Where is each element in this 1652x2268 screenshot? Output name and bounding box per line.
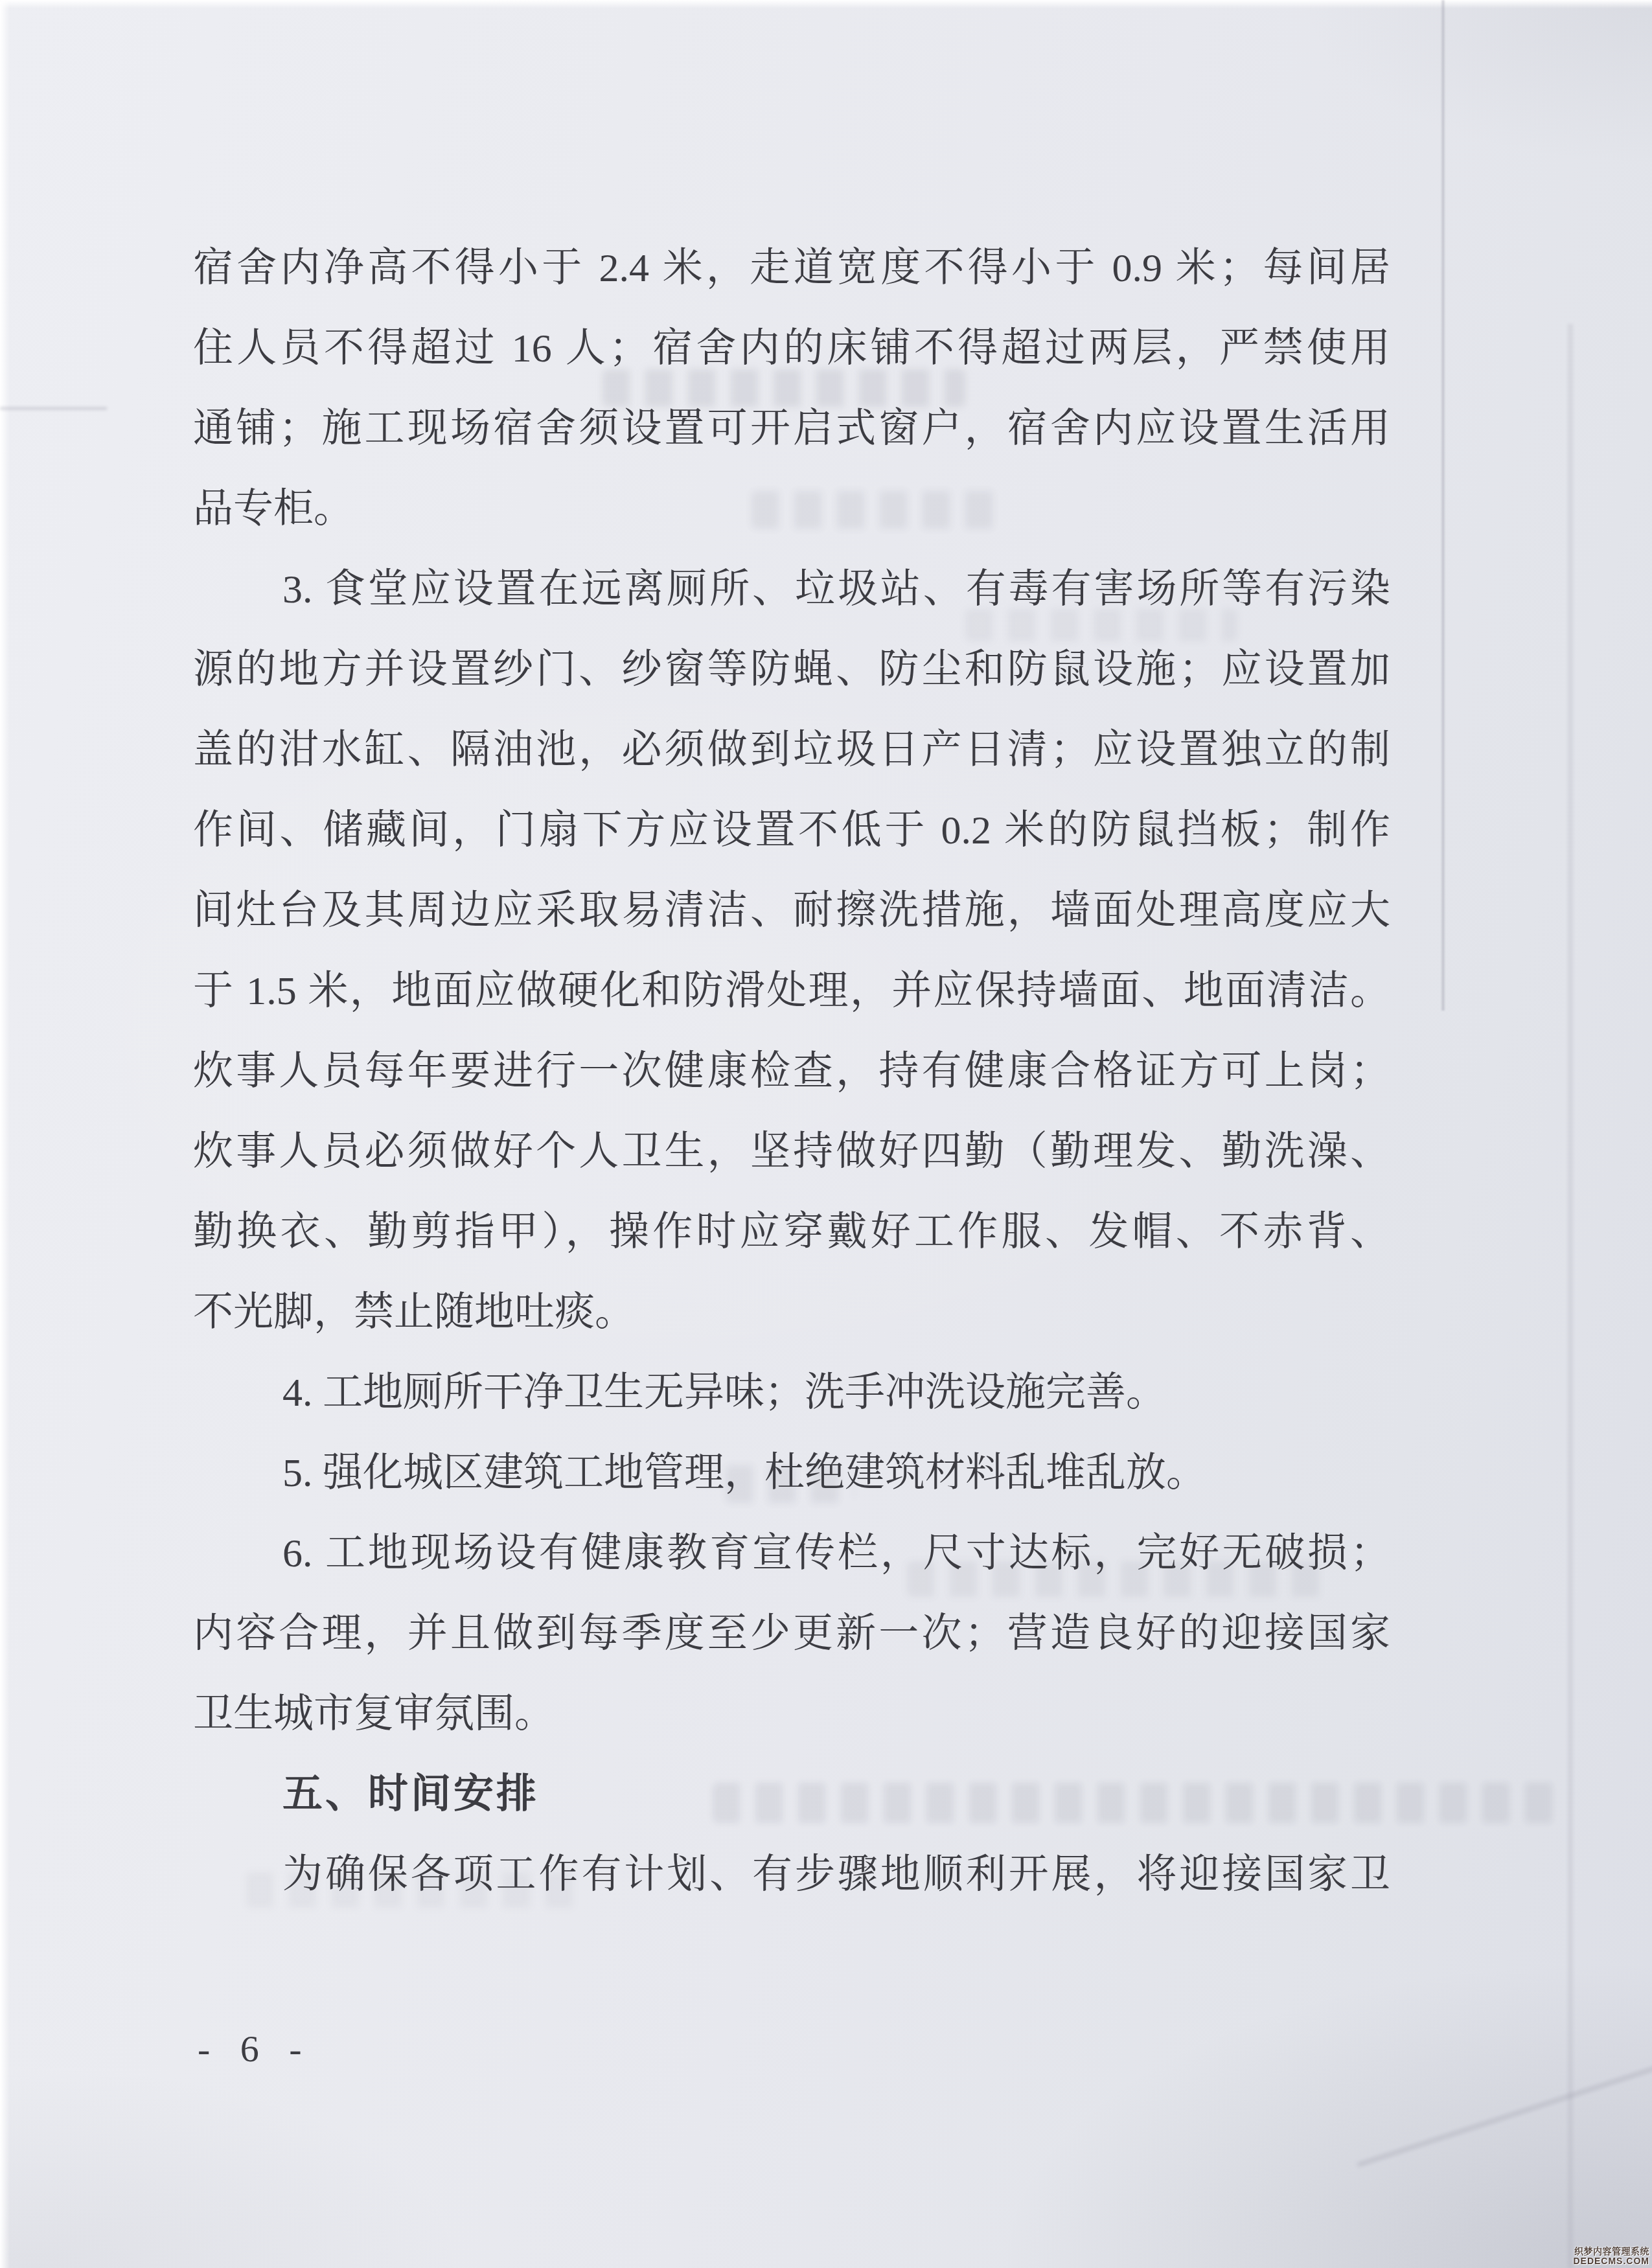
text-line: 4. 工地厕所干净卫生无异味；洗手冲洗设施完善。 xyxy=(193,1353,1390,1433)
watermark: 织梦内容管理系统 DEDECMS.COM xyxy=(1573,2247,1649,2266)
text-line: 内容合理，并且做到每季度至少更新一次；营造良好的迎接国家 xyxy=(193,1594,1390,1674)
scanned-document-page: 宿舍内净高不得小于 2.4 米，走道宽度不得小于 0.9 米；每间居 住人员不得… xyxy=(0,0,1652,2268)
scan-edge-left xyxy=(0,0,10,2268)
page-number: - 6 - xyxy=(198,2020,312,2078)
paper-crease xyxy=(0,407,107,410)
text-line: 源的地方并设置纱门、纱窗等防蝇、防尘和防鼠设施；应设置加 xyxy=(193,630,1390,710)
document-body: 宿舍内净高不得小于 2.4 米，走道宽度不得小于 0.9 米；每间居 住人员不得… xyxy=(193,228,1390,1915)
text-line: 间灶台及其周边应采取易清洁、耐擦洗措施，墙面处理高度应大 xyxy=(193,871,1390,951)
section-heading: 五、时间安排 xyxy=(193,1754,1390,1835)
text-line: 卫生城市复审氛围。 xyxy=(193,1674,1390,1754)
text-line: 炊事人员必须做好个人卫生，坚持做好四勤（勤理发、勤洗澡、 xyxy=(193,1112,1390,1192)
scan-edge-top xyxy=(0,0,1652,8)
text-line: 炊事人员每年要进行一次健康检查，持有健康合格证方可上岗； xyxy=(193,1031,1390,1112)
text-line: 盖的泔水缸、隔油池，必须做到垃圾日产日清；应设置独立的制 xyxy=(193,710,1390,790)
text-line: 5. 强化城区建筑工地管理，杜绝建筑材料乱堆乱放。 xyxy=(193,1433,1390,1513)
paper-crease xyxy=(1357,2035,1652,2166)
watermark-domain-text: DEDECMS.COM xyxy=(1573,2256,1649,2266)
text-line: 3. 食堂应设置在远离厕所、垃圾站、有毒有害场所等有污染 xyxy=(193,549,1390,630)
text-line: 作间、储藏间，门扇下方应设置不低于 0.2 米的防鼠挡板；制作 xyxy=(193,790,1390,871)
text-line: 6. 工地现场设有健康教育宣传栏，尺寸达标，完好无破损； xyxy=(193,1513,1390,1594)
text-line: 住人员不得超过 16 人；宿舍内的床铺不得超过两层，严禁使用 xyxy=(193,308,1390,389)
text-line: 为确保各项工作有计划、有步骤地顺利开展，将迎接国家卫 xyxy=(193,1835,1390,1915)
watermark-chinese-text: 织梦内容管理系统 xyxy=(1573,2247,1649,2256)
text-line: 通铺；施工现场宿舍须设置可开启式窗户，宿舍内应设置生活用 xyxy=(193,389,1390,469)
text-line: 勤换衣、勤剪指甲），操作时应穿戴好工作服、发帽、不赤背、 xyxy=(193,1192,1390,1272)
text-line: 于 1.5 米，地面应做硬化和防滑处理，并应保持墙面、地面清洁。 xyxy=(193,951,1390,1031)
paper-crease xyxy=(1566,324,1574,2268)
paper-crease xyxy=(1441,0,1445,1011)
text-line: 品专柜。 xyxy=(193,469,1390,549)
text-line: 宿舍内净高不得小于 2.4 米，走道宽度不得小于 0.9 米；每间居 xyxy=(193,228,1390,308)
text-line: 不光脚，禁止随地吐痰。 xyxy=(193,1272,1390,1353)
